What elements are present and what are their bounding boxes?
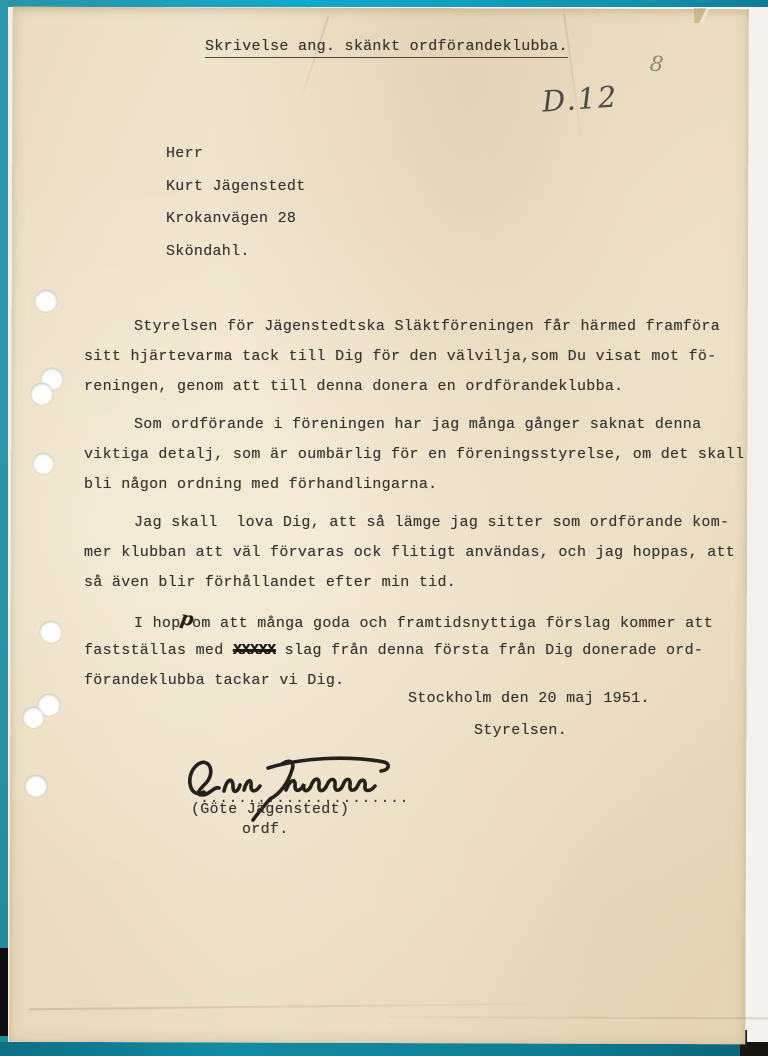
sender: Styrelsen. <box>474 722 567 739</box>
body-line: Styrelsen för Jägenstedtska Släktförenin… <box>84 312 746 342</box>
paragraph-4: I hoppom att många goda och framtidsnytt… <box>84 606 746 696</box>
body-text: om att många goda och framtidsnyttiga fö… <box>192 615 713 632</box>
scanned-letter-page: 8 D.12 Skrivelse ang. skänkt ordförandek… <box>0 0 768 1056</box>
body-text: I hop <box>134 615 181 632</box>
body-line: bli någon ordning med förhandlingarna. <box>84 470 746 500</box>
punch-hole <box>31 383 53 405</box>
punch-hole <box>40 621 62 643</box>
body-line: så även blir förhållandet efter min tid. <box>84 568 746 598</box>
scan-border-black-segment <box>0 948 8 1036</box>
paragraph-3: Jag skall lova Dig, att så lämge jag sit… <box>84 508 746 598</box>
body-line: reningen, genom att till denna donera en… <box>84 372 746 402</box>
body-line: Som ordförande i föreningen har jag mång… <box>84 410 746 440</box>
recipient-address: Herr Kurt Jägenstedt Krokanvägen 28 Skön… <box>166 138 306 268</box>
scan-edge-white-right <box>747 7 768 1042</box>
body-text: fastställas med <box>84 642 233 659</box>
body-line: sitt hjärtevarma tack till Dig för den v… <box>84 342 746 372</box>
signature-typed-name: (Göte Jägenstedt) <box>191 801 349 818</box>
body-line: fastställas med XXXXX slag från denna fö… <box>84 636 746 666</box>
handwritten-doc-ref: D.12 <box>541 79 620 118</box>
letter-body: Styrelsen för Jägenstedtska Släktförenin… <box>84 312 746 704</box>
struck-out-word: XXXXX <box>233 642 276 659</box>
recipient-city: Sköndahl. <box>166 236 306 269</box>
dateline: Stockholm den 20 maj 1951. <box>408 690 650 707</box>
body-text: slag från denna första från Dig donerade… <box>275 642 703 659</box>
paper-crease <box>29 1003 529 1010</box>
recipient-salutation: Herr <box>166 138 306 171</box>
punch-hole <box>23 707 44 728</box>
scan-border-left <box>0 0 8 1056</box>
recipient-name: Kurt Jägenstedt <box>166 171 306 204</box>
signature-role: ordf. <box>242 821 289 838</box>
paragraph-1: Styrelsen för Jägenstedtska Släktförenin… <box>84 312 746 402</box>
scan-border-top <box>0 0 768 7</box>
punch-hole <box>35 290 57 312</box>
punch-hole <box>25 775 47 797</box>
recipient-street: Krokanvägen 28 <box>166 203 306 236</box>
letter-title: Skrivelse ang. skänkt ordförandeklubba. <box>205 38 568 58</box>
body-line: viktiga detalj, som är oumbärlig för en … <box>84 440 746 470</box>
handwritten-page-number: 8 <box>649 51 665 76</box>
paragraph-2: Som ordförande i föreningen har jag mång… <box>84 410 746 500</box>
paper-crease <box>389 1016 768 1019</box>
scan-border-bottom <box>0 1042 768 1056</box>
punch-hole <box>33 453 54 474</box>
paper-crease <box>298 16 330 107</box>
folded-corner <box>694 8 712 23</box>
body-line: Jag skall lova Dig, att så lämge jag sit… <box>84 508 746 538</box>
body-line: I hoppom att många goda och framtidsnytt… <box>84 606 746 636</box>
body-line: mer klubban att väl förvaras ock flitigt… <box>84 538 746 568</box>
